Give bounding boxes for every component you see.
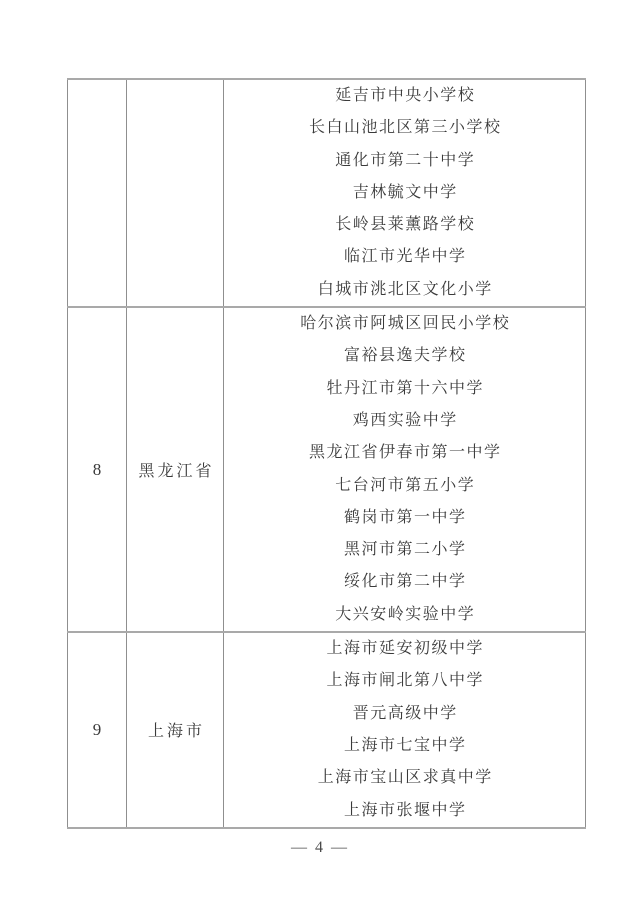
- school-name: 延吉市中央小学校: [224, 80, 585, 112]
- school-name: 长岭县莱薰路学校: [224, 209, 585, 241]
- school-name: 七台河市第五小学: [224, 470, 585, 502]
- school-name: 晋元高级中学: [224, 698, 585, 730]
- row-index-cell: [68, 79, 127, 307]
- schools-cell: 延吉市中央小学校长白山池北区第三小学校通化市第二十中学吉林毓文中学长岭县莱薰路学…: [224, 79, 586, 307]
- school-name: 上海市闸北第八中学: [224, 665, 585, 697]
- school-name: 白城市洮北区文化小学: [224, 274, 585, 306]
- school-name: 上海市张堰中学: [224, 795, 585, 827]
- school-name: 上海市延安初级中学: [224, 633, 585, 665]
- page-number: — 4 —: [0, 839, 640, 857]
- row-index-cell: 9: [68, 632, 127, 828]
- school-name: 临江市光华中学: [224, 241, 585, 273]
- school-name: 鸡西实验中学: [224, 405, 585, 437]
- schools-cell: 哈尔滨市阿城区回民小学校富裕县逸夫学校牡丹江市第十六中学鸡西实验中学黑龙江省伊春…: [224, 307, 586, 632]
- school-name: 富裕县逸夫学校: [224, 340, 585, 372]
- school-list-table: 延吉市中央小学校长白山池北区第三小学校通化市第二十中学吉林毓文中学长岭县莱薰路学…: [67, 78, 586, 829]
- school-name: 吉林毓文中学: [224, 177, 585, 209]
- school-name: 鹤岗市第一中学: [224, 502, 585, 534]
- school-name: 牡丹江市第十六中学: [224, 373, 585, 405]
- province-cell: 上海市: [127, 632, 224, 828]
- school-name: 哈尔滨市阿城区回民小学校: [224, 308, 585, 340]
- school-name: 通化市第二十中学: [224, 145, 585, 177]
- school-name: 绥化市第二中学: [224, 566, 585, 598]
- table-row: 8黑龙江省哈尔滨市阿城区回民小学校富裕县逸夫学校牡丹江市第十六中学鸡西实验中学黑…: [68, 307, 586, 632]
- document-page: 延吉市中央小学校长白山池北区第三小学校通化市第二十中学吉林毓文中学长岭县莱薰路学…: [0, 0, 640, 905]
- school-name: 黑河市第二小学: [224, 534, 585, 566]
- province-cell: 黑龙江省: [127, 307, 224, 632]
- school-name: 上海市七宝中学: [224, 730, 585, 762]
- schools-cell: 上海市延安初级中学上海市闸北第八中学晋元高级中学上海市七宝中学上海市宝山区求真中…: [224, 632, 586, 828]
- school-name: 黑龙江省伊春市第一中学: [224, 437, 585, 469]
- table-row: 延吉市中央小学校长白山池北区第三小学校通化市第二十中学吉林毓文中学长岭县莱薰路学…: [68, 79, 586, 307]
- school-name: 大兴安岭实验中学: [224, 599, 585, 631]
- school-name: 长白山池北区第三小学校: [224, 112, 585, 144]
- table-row: 9上海市上海市延安初级中学上海市闸北第八中学晋元高级中学上海市七宝中学上海市宝山…: [68, 632, 586, 828]
- school-table-body: 延吉市中央小学校长白山池北区第三小学校通化市第二十中学吉林毓文中学长岭县莱薰路学…: [68, 79, 586, 828]
- row-index-cell: 8: [68, 307, 127, 632]
- province-cell: [127, 79, 224, 307]
- school-name: 上海市宝山区求真中学: [224, 762, 585, 794]
